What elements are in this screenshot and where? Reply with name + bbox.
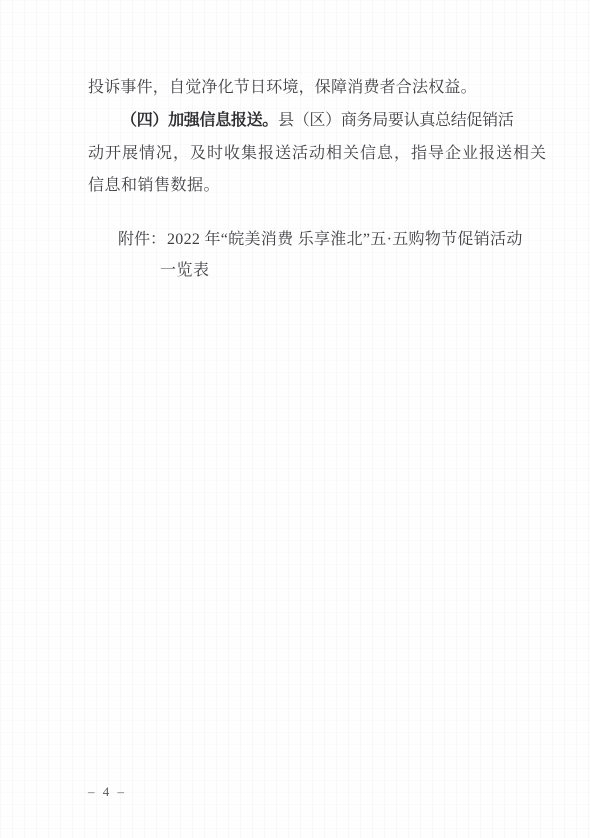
body-paragraph2-line2: 动开展情况，及时收集报送活动相关信息，指导企业报送相关 <box>88 145 547 163</box>
attachment-title-line2: 一览表 <box>160 262 210 280</box>
body-paragraph1-line1: 投诉事件，自觉净化节日环境，保障消费者合法权益。 <box>88 79 477 97</box>
attachment-label: 附件： <box>118 231 166 249</box>
body-paragraph2-line1: （四）加强信息报送。县（区）商务局要认真总结促销活 <box>121 112 514 130</box>
body-paragraph2-line3: 信息和销售数据。 <box>88 177 220 195</box>
body-paragraph2-line1-text: 县（区）商务局要认真总结促销活 <box>278 112 514 129</box>
page-number: – 4 – <box>88 784 127 800</box>
attachment-title-line1: 2022 年“皖美消费 乐享淮北”五·五购物节促销活动 <box>167 231 523 249</box>
section-heading: （四）加强信息报送。 <box>121 112 278 129</box>
document-page: 投诉事件，自觉净化节日环境，保障消费者合法权益。 （四）加强信息报送。县（区）商… <box>0 0 590 838</box>
